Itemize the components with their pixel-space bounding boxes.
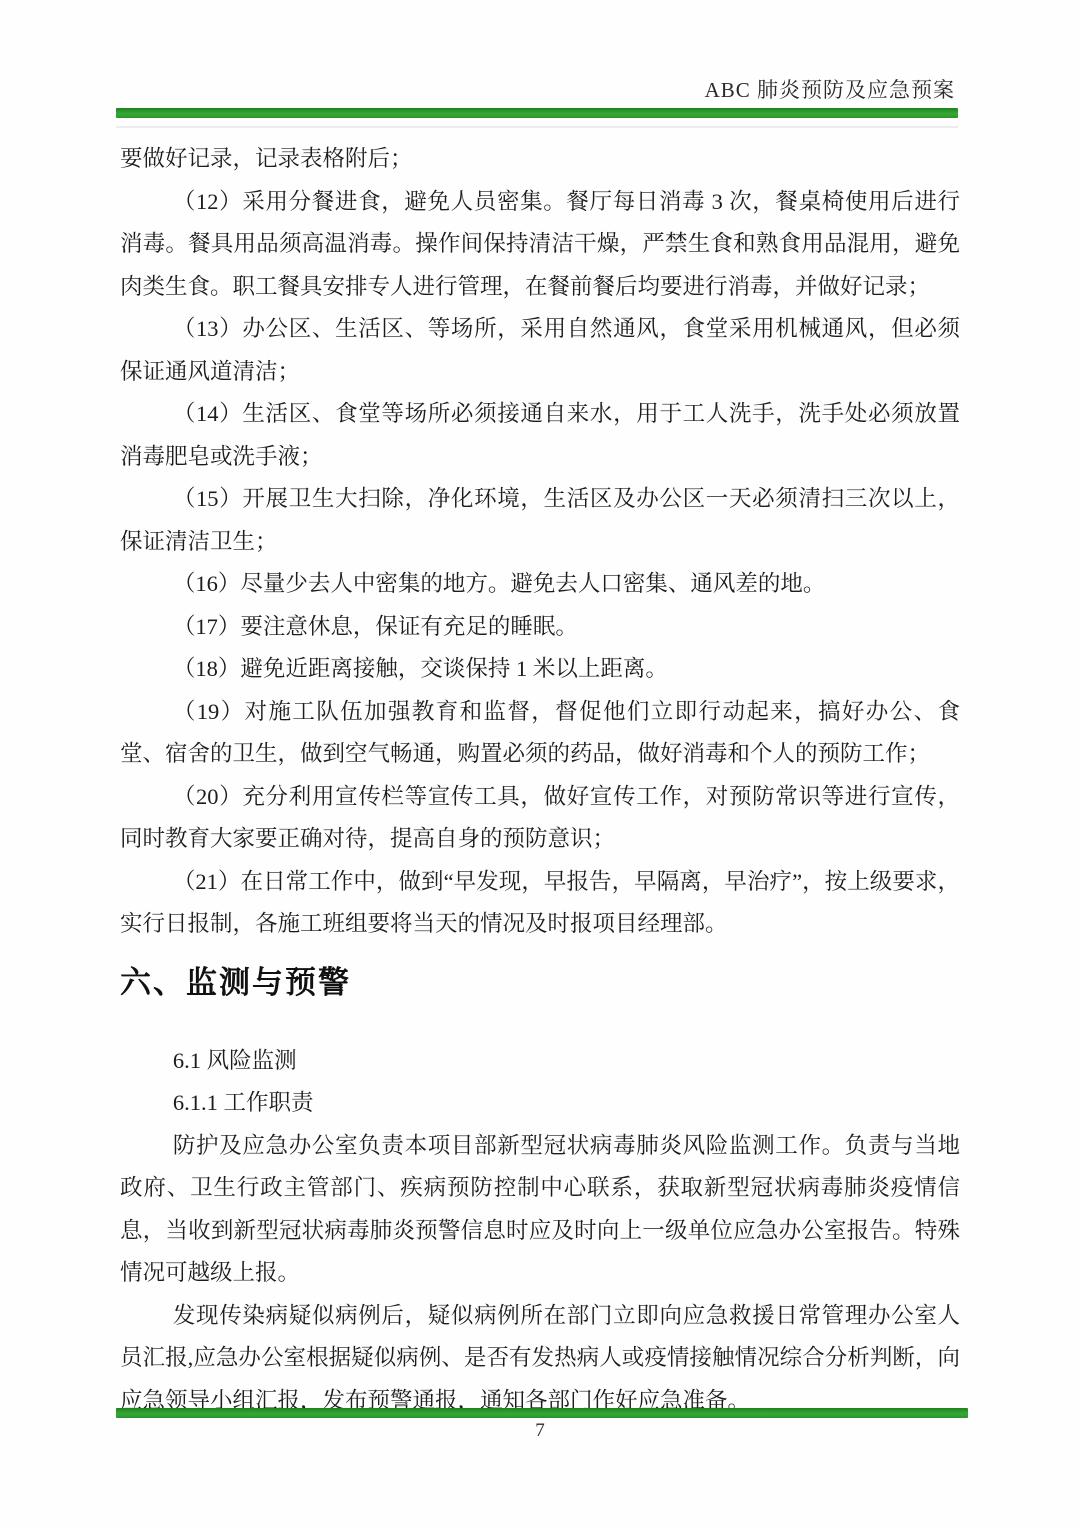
- numbered-item-16: （16）尽量少去人中密集的地方。避免去人口密集、通风差的地。: [120, 563, 960, 606]
- numbered-item-20: （20）充分利用宣传栏等宣传工具，做好宣传工作，对预防常识等进行宣传，同时教育大…: [120, 776, 960, 861]
- numbered-item-17: （17）要注意休息，保证有充足的睡眠。: [120, 606, 960, 649]
- numbered-item-18: （18）避免近距离接触，交谈保持 1 米以上距离。: [120, 648, 960, 691]
- numbered-item-15: （15）开展卫生大扫除，净化环境，生活区及办公区一天必须清扫三次以上，保证清洁卫…: [120, 478, 960, 563]
- footer-rule: [116, 1408, 968, 1418]
- numbered-item-21: （21）在日常工作中，做到“早发现，早报告，早隔离，早治疗”，按上级要求，实行日…: [120, 861, 960, 946]
- subsection-6-1: 6.1 风险监测: [120, 1040, 960, 1083]
- page-number: 7: [0, 1420, 1080, 1442]
- document-page: ABC 肺炎预防及应急预案 要做好记录，记录表格附后； （12）采用分餐进食，避…: [0, 0, 1080, 1527]
- numbered-item-12: （12）采用分餐进食，避免人员密集。餐厅每日消毒 3 次，餐桌椅使用后进行消毒。…: [120, 181, 960, 309]
- paragraph-intro: 要做好记录，记录表格附后；: [120, 138, 960, 181]
- section-heading-monitoring: 六、监测与预警: [120, 960, 960, 1006]
- header-rule-shadow: [116, 126, 958, 128]
- header-doc-title: ABC 肺炎预防及应急预案: [705, 74, 955, 104]
- paragraph-suspected-case: 发现传染病疑似病例后，疑似病例所在部门立即向应急救援日常管理办公室人员汇报,应急…: [120, 1295, 960, 1423]
- subsection-6-1-1: 6.1.1 工作职责: [120, 1082, 960, 1125]
- numbered-item-19: （19）对施工队伍加强教育和监督，督促他们立即行动起来，搞好办公、食堂、宿舍的卫…: [120, 691, 960, 776]
- paragraph-risk-monitoring: 防护及应急办公室负责本项目部新型冠状病毒肺炎风险监测工作。负责与当地政府、卫生行…: [120, 1125, 960, 1295]
- header-rule: [116, 108, 958, 118]
- document-body: 要做好记录，记录表格附后； （12）采用分餐进食，避免人员密集。餐厅每日消毒 3…: [120, 138, 960, 1422]
- numbered-item-13: （13）办公区、生活区、等场所，采用自然通风，食堂采用机械通风，但必须保证通风道…: [120, 308, 960, 393]
- numbered-item-14: （14）生活区、食堂等场所必须接通自来水，用于工人洗手，洗手处必须放置消毒肥皂或…: [120, 393, 960, 478]
